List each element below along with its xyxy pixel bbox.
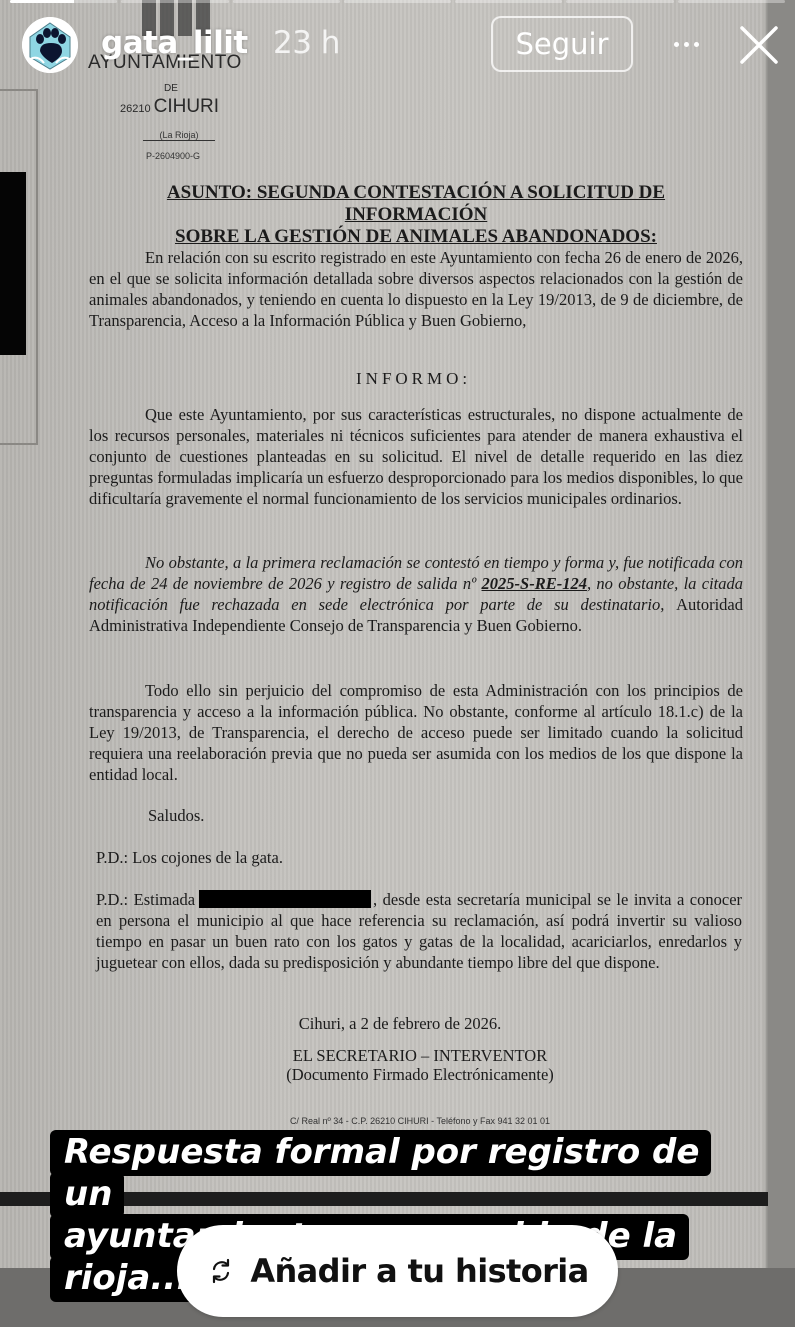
doc-paragraph-3: No obstante, a la primera reclamación se…: [89, 552, 743, 636]
doc-de: DE: [164, 83, 178, 94]
doc-signer-title: EL SECRETARIO – INTERVENTOR: [0, 1046, 795, 1065]
doc-signer-note: (Documento Firmado Electrónicamente): [0, 1065, 795, 1084]
story-progress-fill: [10, 0, 74, 3]
story-timestamp: 23 h: [273, 25, 340, 61]
story-progress-segment: [10, 0, 117, 3]
ellipsis-icon: [694, 42, 699, 47]
document: AYUNTAMIENTO DE 26210CIHURI (La Rioja) P…: [0, 0, 768, 1190]
doc-signature: EL SECRETARIO – INTERVENTOR (Documento F…: [0, 1046, 795, 1084]
refresh-arrows-icon: [206, 1256, 236, 1286]
doc-town: 26210CIHURI: [120, 96, 219, 118]
doc-place-date: Cihuri, a 2 de febrero de 2026.: [0, 1014, 795, 1034]
doc-postscript-1: P.D.: Los cojones de la gata.: [96, 848, 283, 868]
ellipsis-icon: [684, 42, 689, 47]
doc-paragraph-1: En relación con su escrito registrado en…: [89, 247, 743, 331]
doc-paragraph-2: Que este Ayuntamiento, por sus caracterí…: [89, 404, 743, 509]
ellipsis-icon: [674, 42, 679, 47]
doc-registry-reference: 2025-S-RE-124: [482, 574, 587, 593]
close-icon: [738, 24, 780, 66]
caption-line: Respuesta formal por registro de un: [50, 1130, 711, 1218]
add-to-story-label: Añadir a tu historia: [250, 1252, 588, 1290]
doc-postscript-2-prefix: P.D.: Estimada: [96, 890, 195, 909]
avatar[interactable]: [22, 17, 78, 73]
doc-region: (La Rioja): [143, 130, 215, 141]
story-progress-bar: [10, 0, 785, 3]
doc-informo: INFORMO:: [356, 369, 471, 389]
doc-subject: ASUNTO: SEGUNDA CONTESTACIÓN A SOLICITUD…: [98, 182, 734, 248]
redacted-name: [199, 890, 371, 908]
doc-postscript-2: P.D.: Estimada, desde esta secretaría mu…: [96, 889, 742, 973]
story-progress-segment: [121, 0, 228, 3]
doc-paragraph-4-text: Todo ello sin perjuicio del compromiso d…: [89, 681, 743, 784]
story-username[interactable]: gata_lilit: [101, 25, 248, 61]
doc-nif: P-2604900-G: [146, 151, 200, 161]
story-progress-segment: [455, 0, 562, 3]
add-to-story-button[interactable]: Añadir a tu historia: [177, 1225, 618, 1317]
close-button[interactable]: [738, 24, 780, 66]
paw-logo-icon: [22, 17, 78, 73]
doc-subject-line2: SOBRE LA GESTIÓN DE ANIMALES ABANDONADOS…: [98, 226, 734, 248]
story-progress-segment: [678, 0, 785, 3]
doc-footer: C/ Real nº 34 - C.P. 26210 CIHURI - Telé…: [0, 1116, 795, 1126]
doc-subject-line1: ASUNTO: SEGUNDA CONTESTACIÓN A SOLICITUD…: [98, 182, 734, 226]
story-progress-segment: [566, 0, 673, 3]
story-progress-segment: [344, 0, 451, 3]
story-progress-segment: [233, 0, 340, 3]
doc-paragraph-1-text: En relación con su escrito registrado en…: [89, 248, 743, 330]
doc-saludos: Saludos.: [148, 806, 204, 826]
doc-paragraph-4: Todo ello sin perjuicio del compromiso d…: [89, 680, 743, 785]
follow-button[interactable]: Seguir: [491, 16, 633, 72]
doc-paragraph-2-text: Que este Ayuntamiento, por sus caracterí…: [89, 405, 743, 508]
doc-town-name: CIHURI: [154, 96, 219, 117]
more-options-button[interactable]: [666, 26, 706, 62]
doc-postal-code: 26210: [120, 103, 151, 115]
